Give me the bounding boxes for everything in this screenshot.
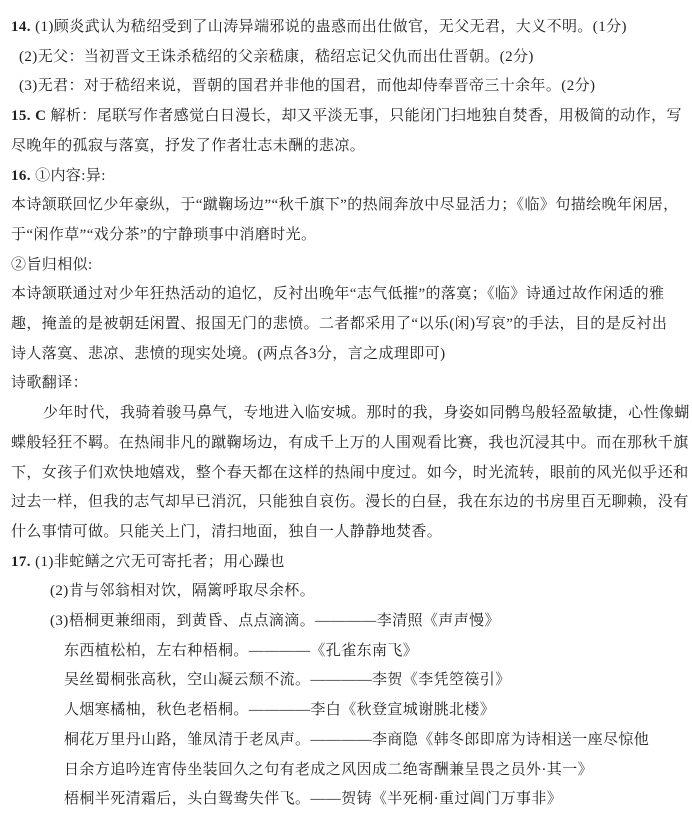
text-line: 尽晚年的孤寂与落寞，抒发了作者壮志未酬的悲凉。	[0, 132, 692, 162]
text-line: (3)梧桐更兼细雨，到黄昏、点点滴滴。————李清照《声声慢》	[0, 607, 692, 637]
line-text: 什么事情可做。只能关上门，清扫地面，独自一人静静地焚香。	[11, 524, 442, 540]
text-line: (2)肯与邻翁相对饮，隔篱呼取尽余杯。	[0, 577, 692, 607]
text-line: 少年时代，我骑着骏马鼻气，专地进入临安城。那时的我，身姿如同鹘鸟般轻盈敏捷，心性…	[0, 399, 692, 429]
line-text: (2)肯与邻翁相对饮，隔篱呼取尽余杯。	[50, 583, 315, 599]
question-number: 15. C	[11, 108, 50, 124]
line-text: 本诗颔联回忆少年豪纵，于“蹴鞠场边”“秋千旗下”的热闹奔放中尽显活力；《临》句描…	[11, 197, 679, 213]
text-line: 于“闲作草”“戏分茶”的宁静琐事中消磨时光。	[0, 221, 692, 251]
line-text: (2)无父：当初晋文王诛杀嵇绍的父亲嵇康，嵇绍忘记父仇而出仕晋朝。(2分)	[19, 49, 534, 65]
text-line: 过去一样，但我的志气却早已消沉，只能独自哀伤。漫长的白昼，我在东边的书房里百无聊…	[0, 488, 692, 518]
answer-sheet-page: 14. (1)顾炎武认为嵇绍受到了山涛异端邪说的蛊惑而出仕做官，无父无君，大义不…	[0, 0, 692, 821]
question-number: 16.	[11, 168, 31, 184]
line-text: (3)无君：对于嵇绍来说，晋朝的国君并非他的国君，而他却侍奉晋帝三十余年。(2分…	[19, 78, 595, 94]
text-line: 诗歌翻译：	[0, 369, 692, 399]
text-line: 东西植松柏，左右种梧桐。————《孔雀东南飞》	[0, 637, 692, 667]
document-text-block: 14. (1)顾炎武认为嵇绍受到了山涛异端邪说的蛊惑而出仕做官，无父无君，大义不…	[0, 13, 692, 815]
text-line: 16. ①内容:异:	[0, 162, 692, 192]
text-line: 桐花万里丹山路，雏凤清于老凤声。————李商隐《韩冬郎即席为诗相送一座尽惊他	[0, 726, 692, 756]
text-line: 下，女孩子们欢快地嬉戏，整个春天都在这样的热闹中度过。如今，时光流转，眼前的风光…	[0, 459, 692, 489]
line-text: 诗人落寞、悲凉、悲愤的现实处境。(两点各3分，言之成理即可)	[11, 346, 446, 362]
text-line: 15. C 解析：尾联写作者感觉白日漫长，却又平淡无事，只能闭门扫地独自焚香，用…	[0, 102, 692, 132]
line-text: 本诗颔联通过对少年狂热活动的追忆，反衬出晚年“志气低摧”的落寞；《临》诗通过故作…	[11, 286, 664, 302]
line-text: ②旨归相似:	[11, 257, 93, 273]
text-line: 17. (1)非蛇鳝之穴无可寄托者；用心躁也	[0, 548, 692, 578]
text-line: 日余方追吟连宵侍坐装回久之句有老成之风因成二绝寄酬兼呈畏之员外·其一》	[0, 756, 692, 786]
text-line: ②旨归相似:	[0, 251, 692, 281]
line-text: 东西植松柏，左右种梧桐。————《孔雀东南飞》	[64, 643, 418, 659]
text-line: 蝶般轻狂不羁。在热闹非凡的蹴鞠场边，有成千上万的人围观看比赛，我也沉浸其中。而在…	[0, 429, 692, 459]
line-text: 梧桐半死清霜后，头白鸳鸯失伴飞。——贺铸《半死桐·重过阊门万事非》	[64, 791, 562, 807]
line-text: 人烟寒橘柚，秋色老梧桐。————李白《秋登宣城谢朓北楼》	[64, 702, 495, 718]
question-number: 17.	[11, 554, 31, 570]
text-line: (2)无父：当初晋文王诛杀嵇绍的父亲嵇康，嵇绍忘记父仇而出仕晋朝。(2分)	[0, 43, 692, 73]
line-text: 日余方追吟连宵侍坐装回久之句有老成之风因成二绝寄酬兼呈畏之员外·其一》	[64, 762, 593, 778]
line-text: 趣，掩盖的是被朝廷闲置、报国无门的悲愤。二者都采用了“以乐(闲)写哀”的手法，目…	[11, 316, 667, 332]
line-text: 于“闲作草”“戏分茶”的宁静琐事中消磨时光。	[11, 227, 316, 243]
text-line: 本诗颔联回忆少年豪纵，于“蹴鞠场边”“秋千旗下”的热闹奔放中尽显活力；《临》句描…	[0, 191, 692, 221]
text-line: 吴丝蜀桐张高秋，空山凝云颓不流。————李贺《李凭箜篌引》	[0, 666, 692, 696]
text-line: 趣，掩盖的是被朝廷闲置、报国无门的悲愤。二者都采用了“以乐(闲)写哀”的手法，目…	[0, 310, 692, 340]
line-text: 吴丝蜀桐张高秋，空山凝云颓不流。————李贺《李凭箜篌引》	[64, 672, 511, 688]
line-text: (1)非蛇鳝之穴无可寄托者；用心躁也	[31, 554, 285, 570]
text-line: 14. (1)顾炎武认为嵇绍受到了山涛异端邪说的蛊惑而出仕做官，无父无君，大义不…	[0, 13, 692, 43]
line-text: (1)顾炎武认为嵇绍受到了山涛异端邪说的蛊惑而出仕做官，无父无君，大义不明。(1…	[31, 19, 627, 35]
line-text: 桐花万里丹山路，雏凤清于老凤声。————李商隐《韩冬郎即席为诗相送一座尽惊他	[64, 732, 649, 748]
text-line: 本诗颔联通过对少年狂热活动的追忆，反衬出晚年“志气低摧”的落寞；《临》诗通过故作…	[0, 280, 692, 310]
line-text: 过去一样，但我的志气却早已消沉，只能独自哀伤。漫长的白昼，我在东边的书房里百无聊…	[11, 494, 689, 510]
line-text: (3)梧桐更兼细雨，到黄昏、点点滴滴。————李清照《声声慢》	[50, 613, 500, 629]
line-text: 尽晚年的孤寂与落寞，抒发了作者壮志未酬的悲凉。	[11, 138, 365, 154]
line-text: 下，女孩子们欢快地嬉戏，整个春天都在这样的热闹中度过。如今，时光流转，眼前的风光…	[11, 465, 689, 481]
question-number: 14.	[11, 19, 31, 35]
line-text: ①内容:异:	[31, 168, 106, 184]
line-text: 诗歌翻译：	[11, 375, 88, 391]
line-text: 蝶般轻狂不羁。在热闹非凡的蹴鞠场边，有成千上万的人围观看比赛，我也沉浸其中。而在…	[11, 435, 689, 451]
text-line: 人烟寒橘柚，秋色老梧桐。————李白《秋登宣城谢朓北楼》	[0, 696, 692, 726]
text-line: 什么事情可做。只能关上门，清扫地面，独自一人静静地焚香。	[0, 518, 692, 548]
line-text: 少年时代，我骑着骏马鼻气，专地进入临安城。那时的我，身姿如同鹘鸟般轻盈敏捷，心性…	[43, 405, 690, 421]
line-text: 解析：尾联写作者感觉白日漫长，却又平淡无事，只能闭门扫地独自焚香，用极简的动作，…	[50, 108, 681, 124]
text-line: (3)无君：对于嵇绍来说，晋朝的国君并非他的国君，而他却侍奉晋帝三十余年。(2分…	[0, 72, 692, 102]
text-line: 梧桐半死清霜后，头白鸳鸯失伴飞。——贺铸《半死桐·重过阊门万事非》	[0, 785, 692, 815]
text-line: 诗人落寞、悲凉、悲愤的现实处境。(两点各3分，言之成理即可)	[0, 340, 692, 370]
